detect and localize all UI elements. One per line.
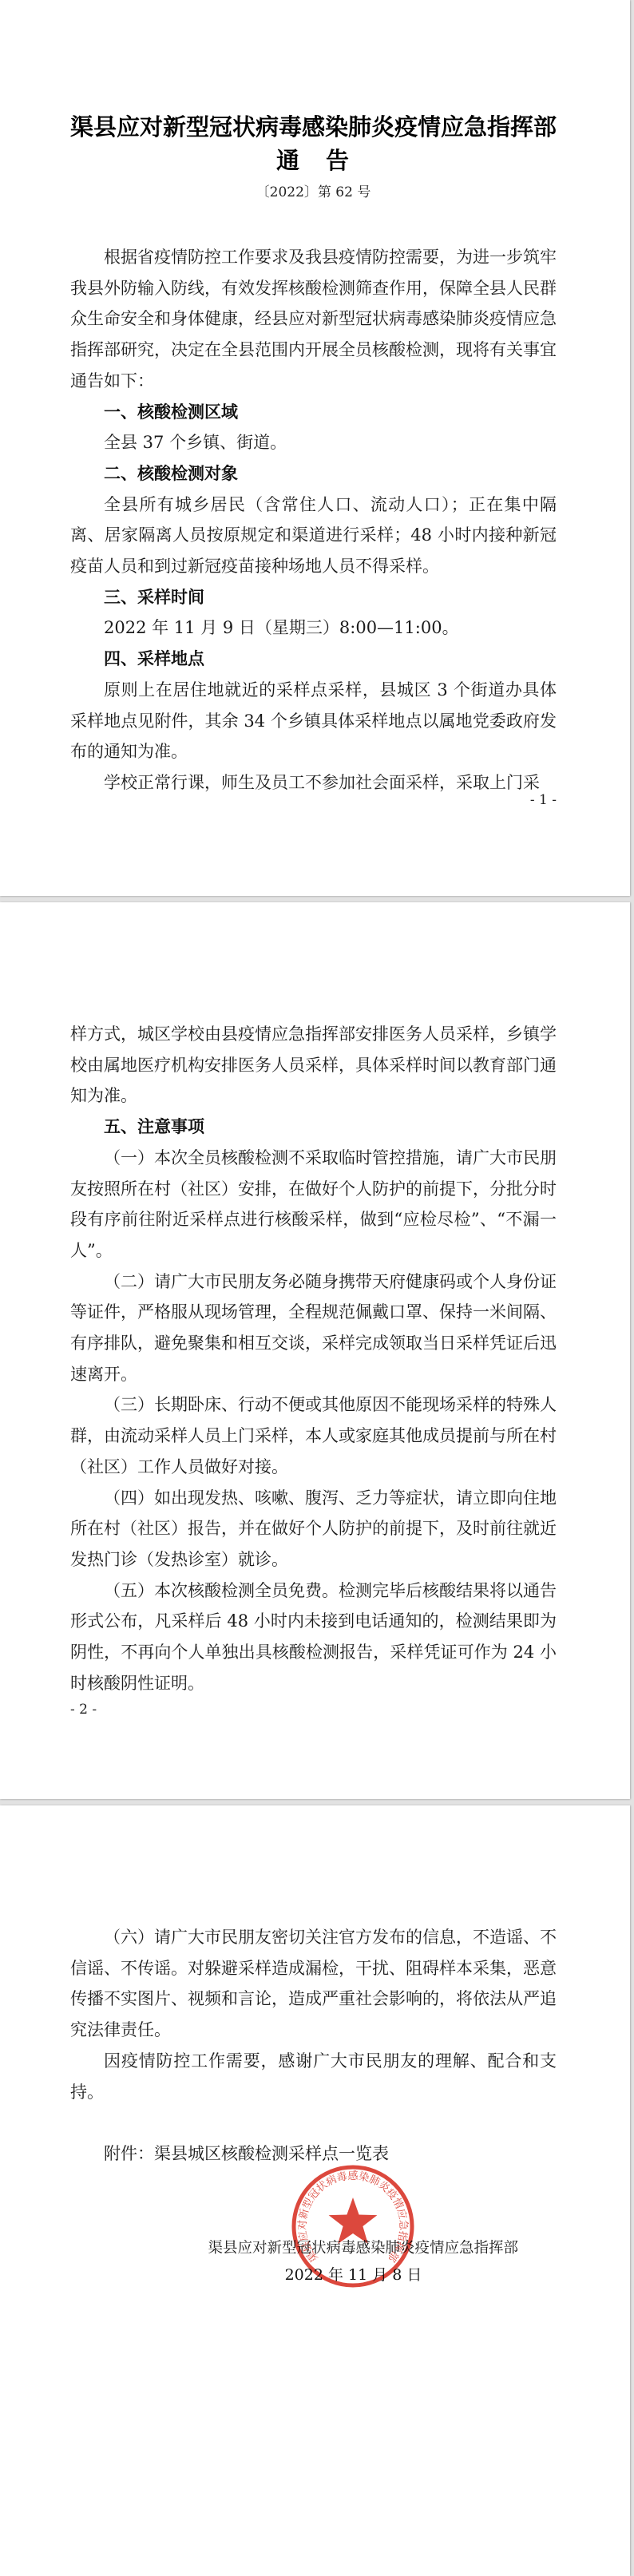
notice-item-5: （五）本次核酸检测全员免费。检测完毕后核酸结果将以通告形式公布，凡采样后 48 …: [70, 1575, 557, 1699]
notice-item-1: （一）本次全员核酸检测不采取临时管控措施，请广大市民朋友按照所在村（社区）安排，…: [70, 1143, 557, 1266]
attachment-line: 附件：渠县城区核酸检测采样点一览表: [70, 2138, 557, 2170]
section-4-paragraph: 原则上在居住地就近的采样点采样，县城区 3 个街道办具体采样地点见附件，其余 3…: [70, 675, 557, 767]
section-3-paragraph: 2022 年 11 月 9 日（星期三）8:00—11:00。: [70, 612, 557, 644]
page-number-1: - 1 -: [530, 791, 557, 809]
issue-date: 2022 年 11 月 8 日: [279, 2265, 427, 2285]
section-heading-5: 五、注意事项: [70, 1112, 557, 1143]
school-note-paragraph: 学校正常行课，师生及员工不参加社会面采样，采取上门采: [70, 767, 557, 799]
intro-paragraph: 根据省疫情防控工作要求及我县疫情防控需要，为进一步筑牢我县外防输入防线，有效发挥…: [70, 242, 557, 397]
document-viewer[interactable]: 渠县应对新型冠状病毒感染肺炎疫情应急指挥部 通 告 〔2022〕第 62 号 根…: [0, 0, 634, 2576]
page-2: 样方式，城区学校由县疫情应急指挥部安排医务人员采样，乡镇学校由属地医疗机构安排医…: [0, 902, 630, 1799]
section-heading-1: 一、核酸检测区域: [70, 397, 557, 428]
page-number-2: - 2 -: [70, 1701, 97, 1718]
document-title-line2: 通 告: [70, 145, 557, 176]
section-heading-3: 三、采样时间: [70, 582, 557, 613]
notice-item-4: （四）如出现发热、咳嗽、腹泻、乏力等症状，请立即向住地所在村（社区）报告，并在做…: [70, 1483, 557, 1575]
page-3: （六）请广大市民朋友密切关注官方发布的信息，不造谣、不信谣、不传谣。对躲避采样造…: [0, 1805, 630, 2576]
notice-item-2: （二）请广大市民朋友务必随身携带天府健康码或个人身份证等证件，严格服从现场管理，…: [70, 1266, 557, 1390]
page-1: 渠县应对新型冠状病毒感染肺炎疫情应急指挥部 通 告 〔2022〕第 62 号 根…: [0, 0, 630, 896]
continued-paragraph: 样方式，城区学校由县疫情应急指挥部安排医务人员采样，乡镇学校由属地医疗机构安排医…: [70, 1019, 557, 1112]
section-1-paragraph: 全县 37 个乡镇、街道。: [70, 427, 557, 458]
notice-item-6: （六）请广大市民朋友密切关注官方发布的信息，不造谣、不信谣、不传谣。对躲避采样造…: [70, 1922, 557, 2046]
section-2-paragraph: 全县所有城乡居民（含常住人口、流动人口）；正在集中隔离、居家隔离人员按原规定和渠…: [70, 489, 557, 582]
section-heading-2: 二、核酸检测对象: [70, 458, 557, 489]
document-title-line1: 渠县应对新型冠状病毒感染肺炎疫情应急指挥部: [70, 111, 557, 143]
notice-item-3: （三）长期卧床、行动不便或其他原因不能现场采样的特殊人群，由流动采样人员上门采样…: [70, 1389, 557, 1482]
section-heading-4: 四、采样地点: [70, 644, 557, 675]
document-number: 〔2022〕第 62 号: [70, 182, 557, 203]
seal-star-icon: [329, 2198, 378, 2244]
issuer-signature: 渠县应对新型冠状病毒感染肺炎疫情应急指挥部: [208, 2238, 518, 2259]
closing-paragraph: 因疫情防控工作需要，感谢广大市民朋友的理解、配合和支持。: [70, 2046, 557, 2107]
